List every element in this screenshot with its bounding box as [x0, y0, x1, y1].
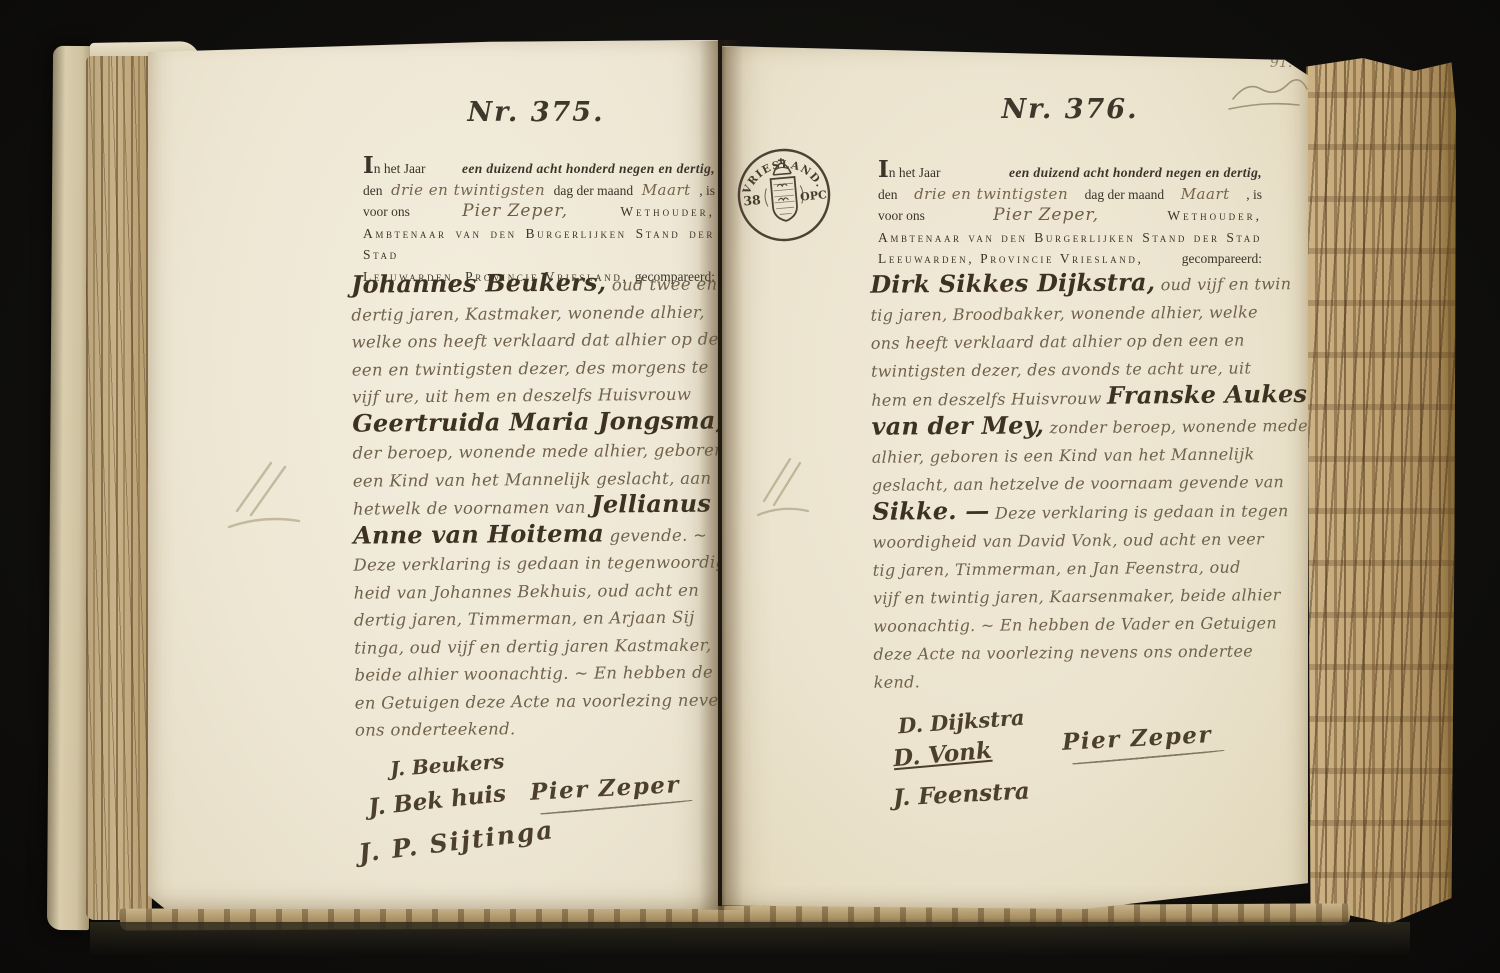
record-body-line: Anne van Hoitema gevende. ~: [353, 520, 738, 552]
record-376-body: Dirk Sikkes Dijkstra, oud vijf en twin t…: [870, 269, 1284, 697]
intro-den-label: den: [363, 180, 383, 202]
handwritten-official-name: Pier Zeper,: [993, 205, 1099, 227]
stamp-value-left: 38: [743, 192, 762, 208]
record-body-line: en Getuigen deze Acte na voorlezing neve…: [355, 686, 740, 717]
intro-line-official: voor ons Pier Zeper, Wethouder,: [878, 205, 1262, 227]
signature-official: Pier Zeper: [529, 771, 680, 806]
record-body-line: alhier, geboren is een Kind van het Mann…: [872, 440, 1282, 472]
signature-official: Pier Zeper: [1061, 721, 1212, 756]
handwritten-official-name: Pier Zeper,: [462, 201, 568, 223]
intro-month-label: dag der maand: [554, 180, 633, 202]
intro-line-place: Leeuwarden, Provincie Vriesland, gecompa…: [878, 248, 1262, 270]
record-body-line: woonachtig. ~ En hebben de Vader en Getu…: [873, 609, 1283, 641]
intro-line-date: den drie en twintigsten dag der maand Ma…: [878, 184, 1262, 206]
right-page: 91. Nr. 376. VRIESLAND. 38 OPC: [722, 46, 1308, 909]
record-body-line: vijf en twintig jaren, Kaarsenmaker, bei…: [873, 581, 1283, 613]
margin-paraph-mark: [223, 449, 305, 541]
intro-line-official: voor ons Pier Zeper, Wethouder,: [363, 201, 715, 223]
intro-opening-text: In het Jaar: [363, 155, 426, 180]
record-body-line: tig jaren, Broodbakker, wonende alhier, …: [870, 298, 1280, 330]
intro-line-year: In het Jaar een duizend acht honderd neg…: [363, 155, 715, 180]
right-fore-edge: [1306, 58, 1456, 924]
intro-gecompareerd-label: gecompareerd:: [1182, 248, 1262, 270]
signature-witness-2: J. P. Sijtinga: [357, 815, 556, 868]
left-page: Nr. 375. In het Jaar een duizend acht ho…: [148, 40, 718, 909]
record-body-line: ons heeft verklaard dat alhier op den ee…: [871, 326, 1281, 358]
svg-text:VRIESLAND.: VRIESLAND.: [738, 155, 827, 197]
record-body-line: deze Acte na voorlezing nevens ons onder…: [873, 637, 1283, 669]
crown-icon: [772, 157, 791, 175]
record-body-line: ons onderteekend.: [355, 713, 740, 744]
folio-number: 91.: [1270, 55, 1292, 71]
official-title: Wethouder,: [1167, 205, 1262, 227]
record-body-line: der beroep, wonende mede alhier, geboren…: [352, 436, 737, 467]
handwritten-day: drie en twintigsten: [914, 184, 1068, 206]
intro-line-year: In het Jaar een duizend acht honderd neg…: [878, 159, 1262, 184]
record-body-line: Geertruida Maria Jongsma, zon: [352, 408, 737, 440]
intro-year-text: een duizend acht honderd negen en dertig…: [1009, 162, 1262, 184]
record-body-line: tig jaren, Timmerman, en Jan Feenstra, o…: [873, 553, 1283, 585]
margin-paraph-mark: [750, 449, 816, 523]
printed-intro: In het Jaar een duizend acht honderd neg…: [878, 159, 1262, 270]
intro-is-label: , is: [699, 180, 715, 202]
record-number-heading: Nr. 375.: [360, 97, 712, 128]
handwritten-day: drie en twintigsten: [391, 180, 545, 202]
left-page-block-edge: [86, 56, 152, 920]
book-shadow: [90, 922, 1410, 956]
record-number-heading: Nr. 376.: [878, 94, 1262, 125]
record-body-line: een en twintigsten dezer, des morgens te: [352, 353, 737, 384]
handwritten-month: Maart: [642, 180, 691, 202]
stamp-region-text: VRIESLAND.: [738, 155, 827, 197]
signature-witness-1: D. Vonk: [892, 737, 993, 773]
intro-voorons-label: voor ons: [363, 201, 410, 223]
record-body-line: Dirk Sikkes Dijkstra, oud vijf en twin: [870, 269, 1280, 302]
signature-father: D. Dijkstra: [897, 705, 1025, 739]
record-body-line: heid van Johannes Bekhuis, oud acht en: [354, 576, 739, 607]
intro-line-date: den drie en twintigsten dag der maand Ma…: [363, 180, 715, 202]
intro-line-office: Ambtenaar van den Burgerlijken Stand der…: [878, 227, 1262, 249]
record-body-line: beide alhier woonachtig. ~ En hebben de …: [354, 658, 739, 689]
intro-voorons-label: voor ons: [878, 205, 925, 227]
handwritten-month: Maart: [1181, 184, 1230, 206]
intro-place-text: Leeuwarden, Provincie Vriesland,: [878, 248, 1143, 270]
record-body-line: Sikke. — Deze verklaring is gedaan in te…: [872, 496, 1282, 529]
record-body-line: geslacht, aan hetzelve de voornaam geven…: [872, 468, 1282, 500]
stamp-value-right: OPC: [800, 188, 828, 203]
signature-witness-1: J. Bek huis: [367, 780, 507, 821]
register-book-photo: Nr. 375. In het Jaar een duizend acht ho…: [0, 0, 1500, 973]
record-body-line: kend.: [874, 665, 1284, 697]
record-body-line: Johannes Beukers, oud twee en: [351, 269, 736, 301]
record-375-body: Johannes Beukers, oud twee en dertig jar…: [351, 269, 740, 744]
signature-father: J. Beukers: [389, 749, 505, 781]
official-title: Wethouder,: [620, 201, 715, 223]
record-body-line: hem en deszelfs Huisvrouw Franske Aukes: [871, 382, 1281, 415]
record-body-line: dertig jaren, Kastmaker, wonende alhier,: [351, 298, 736, 329]
record-body-line: dertig jaren, Timmerman, en Arjaan Sij: [354, 603, 739, 634]
record-body-line: Deze verklaring is gedaan in tegenwoordi…: [353, 548, 738, 579]
intro-opening-text: In het Jaar: [878, 159, 941, 184]
record-body-line: van der Mey, zonder beroep, wonende mede: [871, 411, 1281, 444]
shield-icon: [764, 176, 806, 222]
signature-witness-2: J. Feenstra: [892, 777, 1030, 811]
record-body-line: welke ons heeft verklaard dat alhier op …: [351, 325, 736, 356]
record-body-line: woordigheid van David Vonk, oud acht en …: [872, 525, 1282, 557]
intro-line-office: Ambtenaar van den Burgerlijken Stand der…: [363, 223, 715, 266]
intro-is-label: , is: [1246, 184, 1262, 206]
intro-month-label: dag der maand: [1085, 184, 1164, 206]
revenue-stamp: VRIESLAND. 38 OPC: [730, 141, 838, 249]
intro-den-label: den: [878, 184, 898, 206]
intro-year-text: een duizend acht honderd negen en dertig…: [462, 158, 715, 180]
record-body-line: tinga, oud vijf en dertig jaren Kastmake…: [354, 631, 739, 662]
